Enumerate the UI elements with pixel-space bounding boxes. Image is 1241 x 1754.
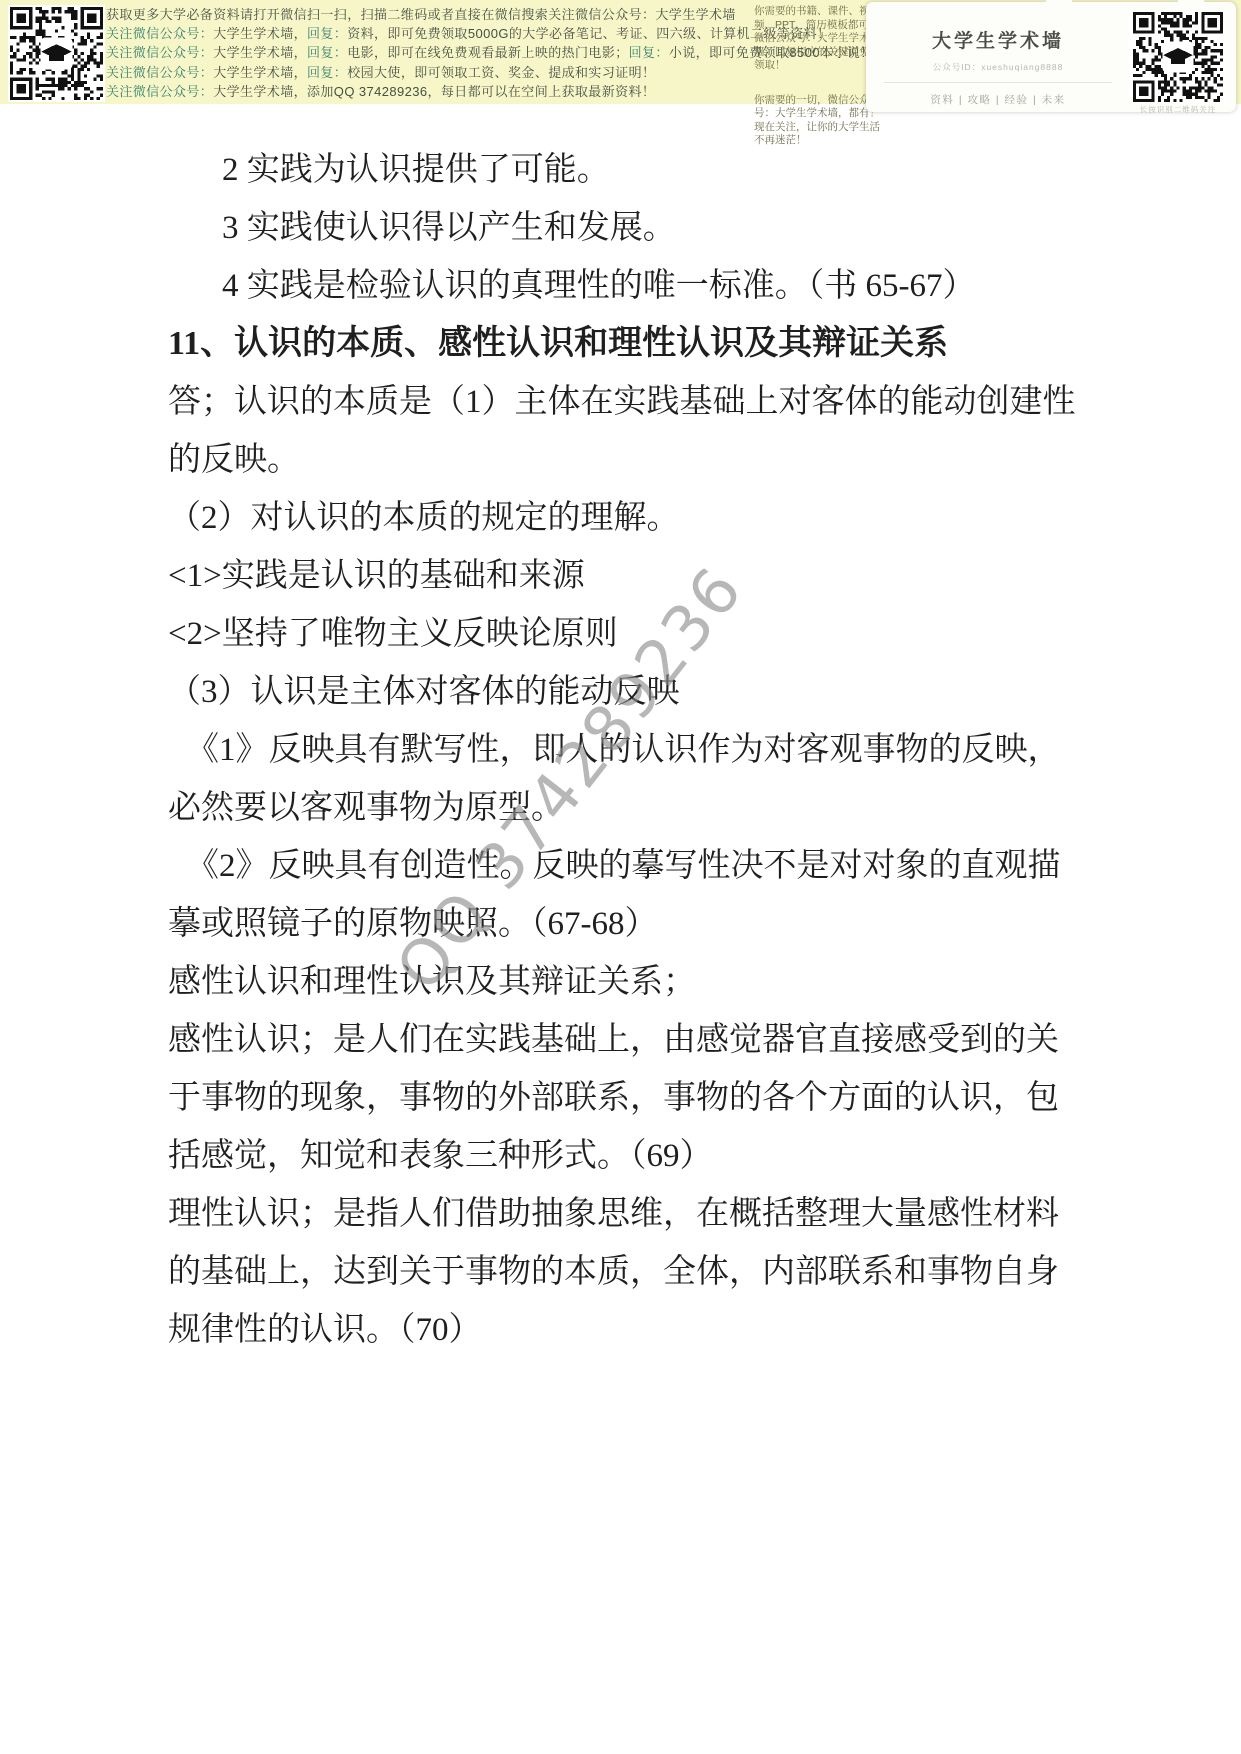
doc-text-line: 《2》反映具有创造性。反映的摹写性决不是对对象的直观描 xyxy=(168,837,1148,895)
account-info: 大学生学术墙 公众号ID：xueshuqiang8888 资料 | 攻略 | 经… xyxy=(878,2,1118,107)
doc-text-line: <1>实践是认识的基础和来源 xyxy=(168,547,1148,605)
promo-banner: 获取更多大学必备资料请打开微信扫一扫，扫描二维码或者直接在微信搜索关注微信公众号… xyxy=(0,0,1241,104)
official-account-card: 大学生学术墙 公众号ID：xueshuqiang8888 资料 | 攻略 | 经… xyxy=(866,2,1236,112)
doc-text-line: 的反映。 xyxy=(168,431,1148,489)
doc-text-line: 必然要以客观事物为原型。 xyxy=(168,779,1148,837)
document-body: 2 实践为认识提供了可能。3 实践使认识得以产生和发展。4 实践是检验认识的真理… xyxy=(168,141,1148,1359)
doc-text-line: 的基础上，达到关于事物的本质，全体，内部联系和事物自身 xyxy=(168,1243,1148,1301)
doc-text-line: 答；认识的本质是（1）主体在实践基础上对客体的能动创建性 xyxy=(168,373,1148,431)
doc-text-line: 感性认识和理性认识及其辩证关系； xyxy=(168,953,1148,1011)
doc-text-line: 2 实践为认识提供了可能。 xyxy=(168,141,1148,199)
doc-text-line: 4 实践是检验认识的真理性的唯一标准。（书 65-67） xyxy=(168,257,1148,315)
doc-text-line: （3）认识是主体对客体的能动反映 xyxy=(168,663,1148,721)
doc-text-line: 理性认识；是指人们借助抽象思维，在概括整理大量感性材料 xyxy=(168,1185,1148,1243)
account-qr-area: 长按识别二维码关注 xyxy=(1126,2,1230,115)
doc-text-line: 于事物的现象，事物的外部联系，事物的各个方面的认识，包 xyxy=(168,1069,1148,1127)
doc-text-line: 规律性的认识。（70） xyxy=(168,1301,1148,1359)
doc-text-line: 摹或照镜子的原物映照。（67-68） xyxy=(168,895,1148,953)
qr-caption: 长按识别二维码关注 xyxy=(1126,104,1230,115)
doc-text-line: <2>坚持了唯物主义反映论原则 xyxy=(168,605,1148,663)
account-name: 大学生学术墙 xyxy=(878,26,1118,53)
doc-text-line: 3 实践使认识得以产生和发展。 xyxy=(168,199,1148,257)
doc-text-line: 《1》反映具有默写性，即人的认识作为对客观事物的反映， xyxy=(168,721,1148,779)
doc-text-line: 括感觉，知觉和表象三种形式。（69） xyxy=(168,1127,1148,1185)
wechat-qr-code-right xyxy=(1128,11,1228,103)
card-divider xyxy=(884,82,1112,83)
wechat-qr-code-left xyxy=(8,5,105,102)
account-id: 公众号ID：xueshuqiang8888 xyxy=(878,61,1118,73)
doc-text-line: 感性认识；是人们在实践基础上，由感觉器官直接感受到的关 xyxy=(168,1011,1148,1069)
doc-text-line: （2）对认识的本质的规定的理解。 xyxy=(168,489,1148,547)
document-page: 获取更多大学必备资料请打开微信扫一扫，扫描二维码或者直接在微信搜索关注微信公众号… xyxy=(0,0,1241,1754)
section-heading: 11、认识的本质、感性认识和理性认识及其辩证关系 xyxy=(168,315,1148,373)
account-tagline: 资料 | 攻略 | 经验 | 未来 xyxy=(878,92,1118,107)
